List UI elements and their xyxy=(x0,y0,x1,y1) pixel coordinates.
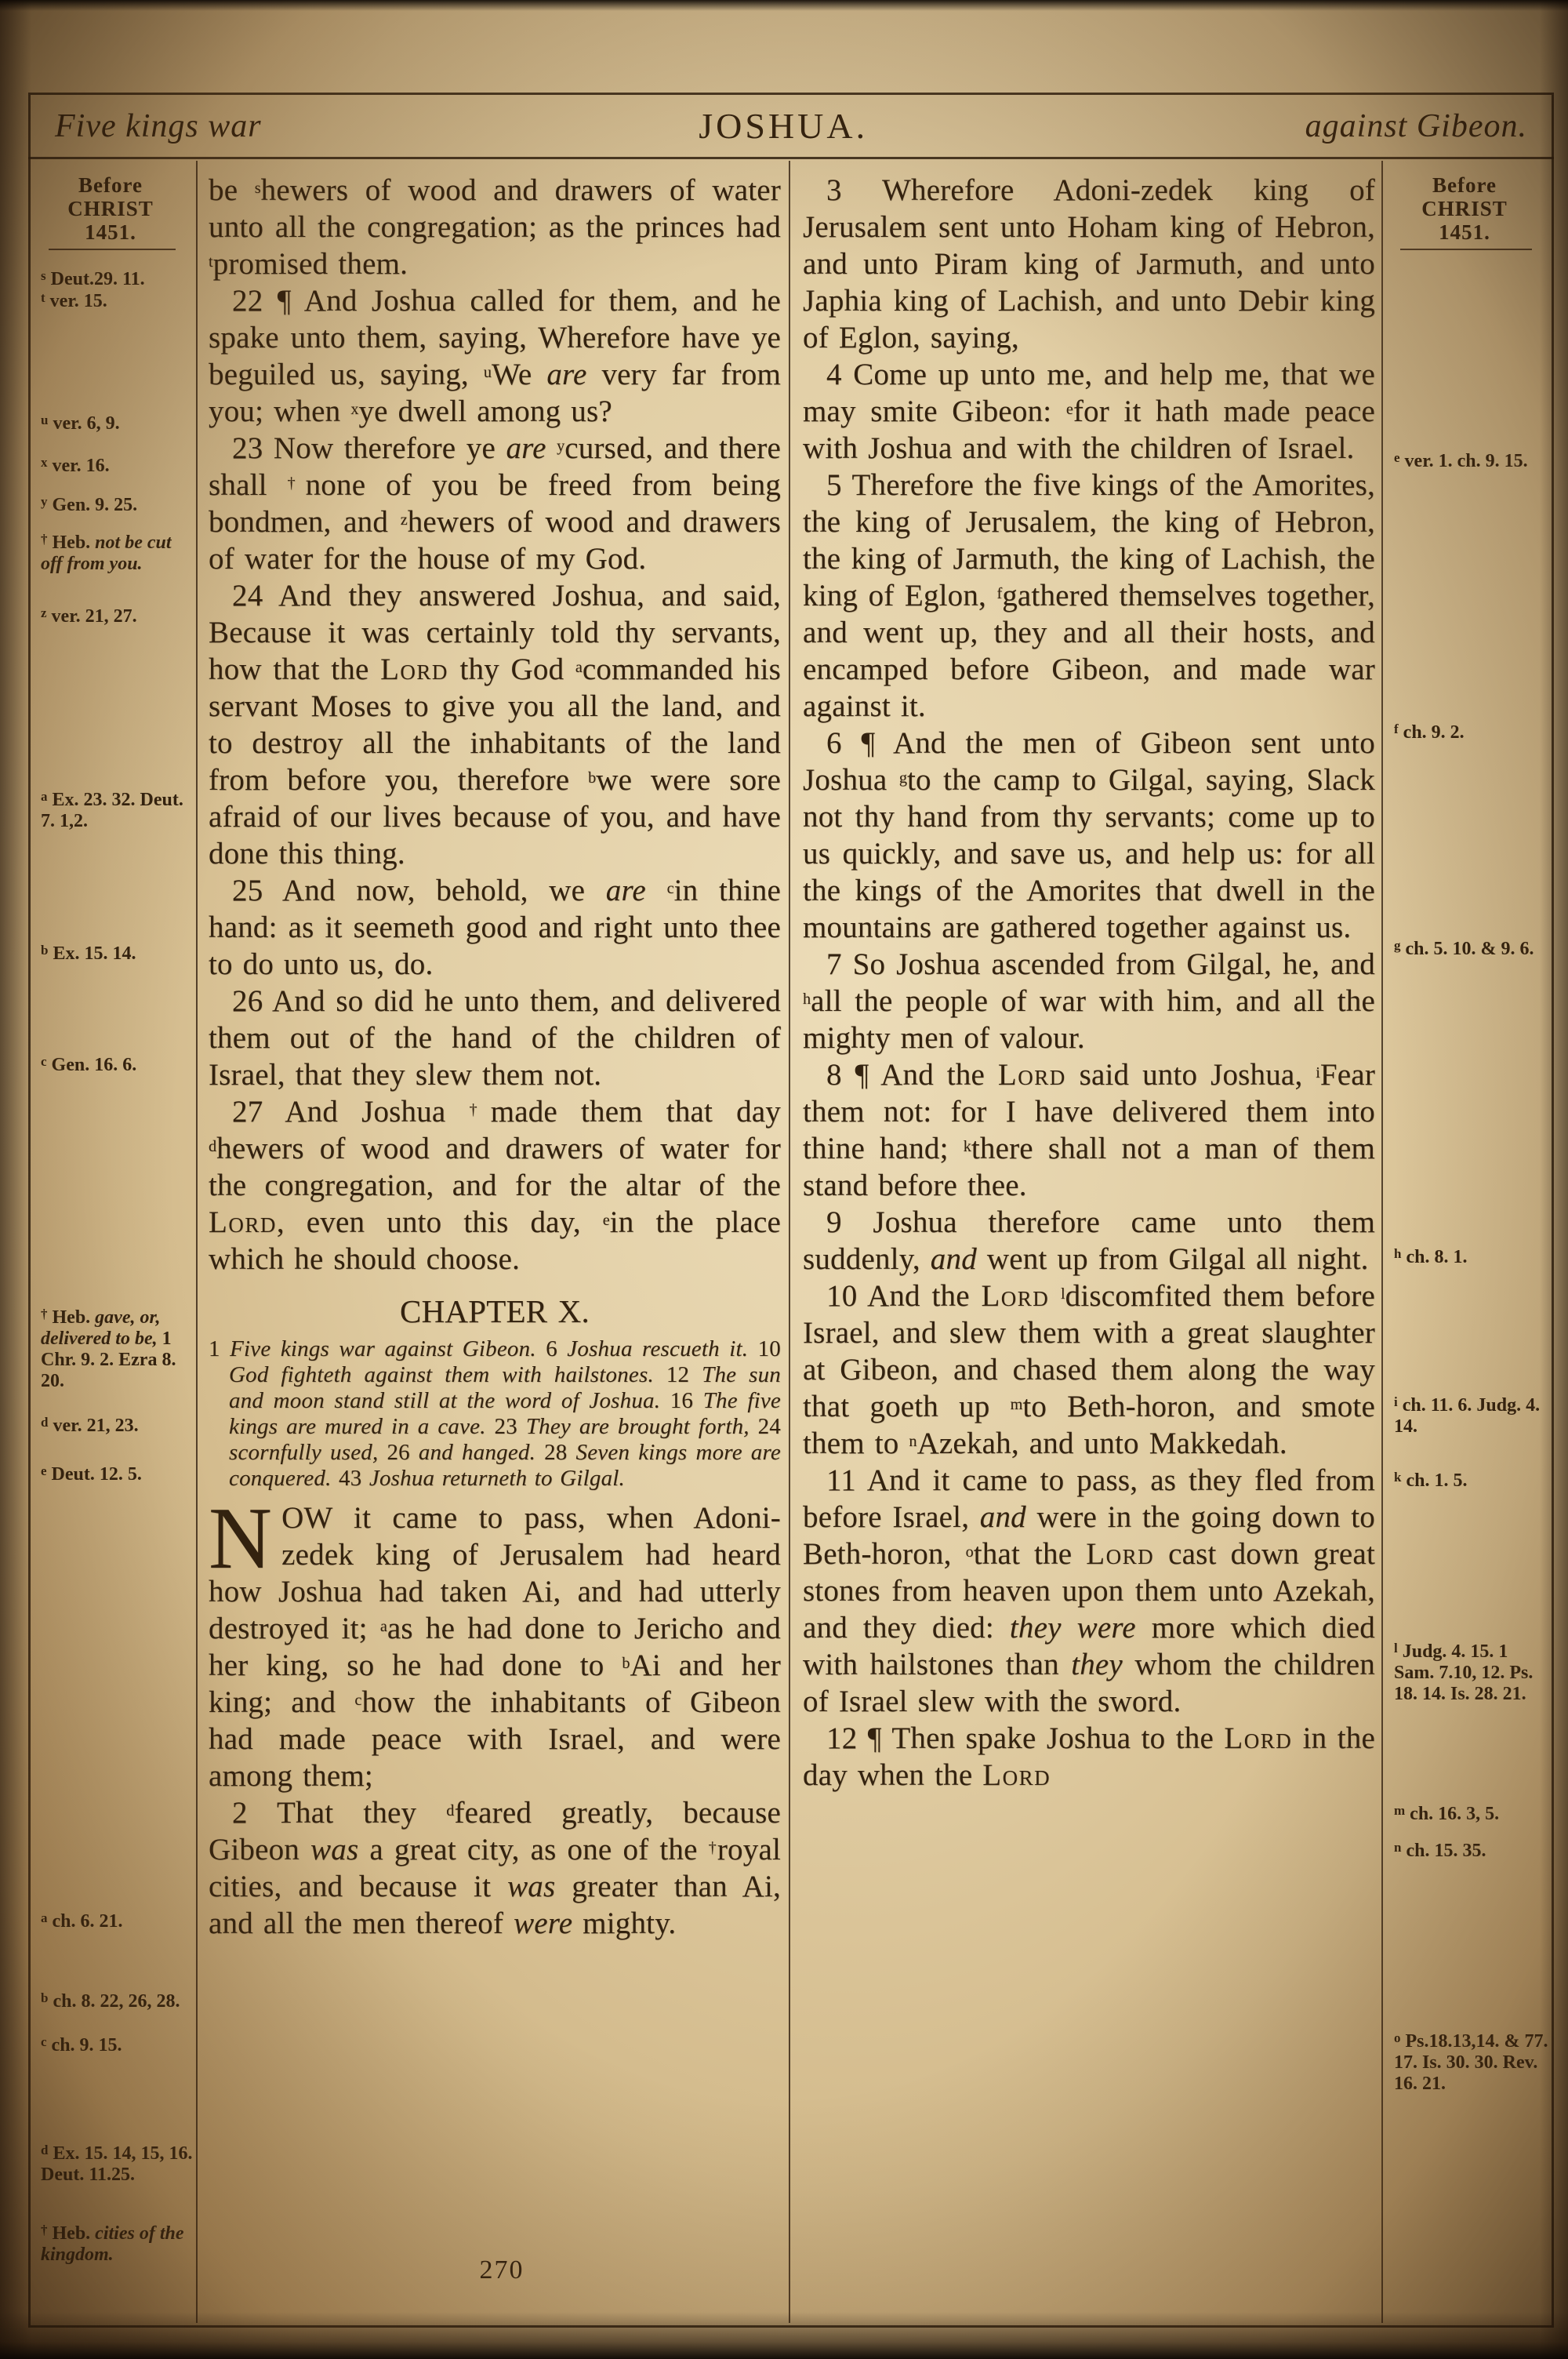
italic-text: Joshua returneth to Gilgal. xyxy=(369,1466,625,1491)
italic-text: are xyxy=(546,358,586,391)
cross-ref-marker: u xyxy=(41,413,48,427)
cross-ref-marker: d xyxy=(446,1802,454,1819)
verse-paragraph: 11 And it came to pass, as they fled fro… xyxy=(803,1462,1375,1720)
margin-note: m ch. 16. 3, 5. xyxy=(1394,1804,1549,1825)
verse-paragraph: 22 ¶ And Joshua called for them, and he … xyxy=(209,282,781,430)
cross-ref-marker: y xyxy=(41,494,48,509)
margin-note: c ch. 9. 15. xyxy=(41,2035,193,2056)
margin-note: d ver. 21, 23. xyxy=(41,1416,193,1437)
lord-small-caps: Lord xyxy=(380,652,448,686)
bc-line1: Before xyxy=(1432,173,1497,197)
lord-small-caps: Lord xyxy=(1086,1537,1154,1571)
italic-text: they xyxy=(1071,1648,1123,1681)
margin-note: e ver. 1. ch. 9. 15. xyxy=(1394,451,1549,472)
cross-ref-marker: d xyxy=(41,2143,48,2157)
cross-ref-marker: m xyxy=(1394,1803,1405,1818)
italic-text: They are brought forth, xyxy=(526,1414,758,1439)
lord-small-caps: Lord xyxy=(982,1758,1051,1792)
cross-ref-marker: s xyxy=(41,268,46,283)
cross-ref-marker: f xyxy=(1394,722,1399,736)
margin-note: a Ex. 23. 32. Deut. 7. 1,2. xyxy=(41,790,193,832)
summary-verse-number: 10 xyxy=(758,1336,781,1361)
lord-small-caps: Lord xyxy=(209,1205,277,1239)
verse-paragraph: 10 And the Lord ldiscomfited them before… xyxy=(803,1278,1375,1462)
lord-small-caps: Lord xyxy=(998,1058,1066,1092)
cross-ref-marker: h xyxy=(1394,1246,1401,1261)
italic-text: and xyxy=(980,1500,1026,1534)
margin-note: d Ex. 15. 14, 15, 16. Deut. 11.25. xyxy=(41,2143,193,2186)
verse-paragraph: NOW it came to pass, when Adoni-zedek ki… xyxy=(209,1499,781,1794)
page-number: 270 xyxy=(439,2255,564,2285)
cross-ref-marker: † xyxy=(709,1839,717,1856)
lord-small-caps: Lord xyxy=(981,1279,1049,1313)
italic-text: and hanged. xyxy=(419,1440,544,1465)
lord-small-caps: Lord xyxy=(1224,1721,1292,1755)
cross-ref-marker: e xyxy=(1066,401,1073,418)
margin-note: e Deut. 12. 5. xyxy=(41,1464,193,1485)
margin-note: h ch. 8. 1. xyxy=(1394,1247,1549,1268)
summary-verse-number: 26 xyxy=(387,1440,418,1465)
cross-ref-marker: b xyxy=(41,943,48,958)
cross-ref-marker: c xyxy=(354,1692,361,1709)
cross-ref-marker: i xyxy=(1316,1064,1320,1081)
cross-ref-marker: l xyxy=(1061,1285,1065,1303)
bc-line2: CHRIST xyxy=(67,197,154,220)
verse-paragraph: 24 And they answered Joshua, and said, B… xyxy=(209,577,781,872)
cross-ref-marker: c xyxy=(667,880,674,897)
verse-paragraph: 2 That they dfeared greatly, because Gib… xyxy=(209,1794,781,1942)
summary-verse-number: 1 xyxy=(209,1336,230,1361)
cross-ref-marker: a xyxy=(380,1618,387,1635)
cross-ref-marker: z xyxy=(401,511,408,529)
bc-header-rule xyxy=(1400,249,1532,250)
book-title: JOSHUA. xyxy=(699,105,868,147)
verse-paragraph: 12 ¶ Then spake Joshua to the Lord in th… xyxy=(803,1720,1375,1794)
italic-text: scornfully used, xyxy=(229,1440,387,1465)
cross-ref-marker: t xyxy=(41,290,45,305)
cross-ref-marker: y xyxy=(557,438,564,455)
margin-note: u ver. 6, 9. xyxy=(41,413,193,434)
margin-note: f ch. 9. 2. xyxy=(1394,722,1549,743)
summary-verse-number: 24 xyxy=(758,1414,781,1439)
summary-verse-number: 16 xyxy=(670,1388,703,1413)
margin-note: s Deut.29. 11. xyxy=(41,269,193,290)
bc-line2: CHRIST xyxy=(1421,197,1508,220)
summary-verse-number: 12 xyxy=(666,1362,702,1387)
margin-note: t ver. 15. xyxy=(41,291,193,312)
margin-note: k ch. 1. 5. xyxy=(1394,1470,1549,1492)
cross-ref-marker: a xyxy=(41,1910,48,1925)
cross-ref-marker: z xyxy=(41,605,47,620)
left-margin-column: Before CHRIST 1451. s Deut.29. 11.t ver.… xyxy=(31,161,196,2323)
margin-note: b ch. 8. 22, 26, 28. xyxy=(41,1991,193,2012)
running-header-left: Five kings war xyxy=(55,107,262,145)
cross-ref-marker: f xyxy=(996,585,1002,602)
cross-ref-marker: k xyxy=(964,1138,971,1155)
italic-text: are xyxy=(606,874,646,907)
italic-text: not be cut off from you. xyxy=(41,533,172,574)
verse-paragraph: 3 Wherefore Adoni-zedek king of Jerusale… xyxy=(803,172,1375,356)
cross-ref-marker: o xyxy=(1394,2030,1401,2045)
cross-ref-marker: c xyxy=(41,1054,47,1069)
verse-paragraph: be shewers of wood and drawers of water … xyxy=(209,172,781,282)
italic-text: was xyxy=(507,1870,555,1903)
cross-ref-marker: † xyxy=(288,474,306,492)
verse-paragraph: 9 Joshua therefore came unto them sudden… xyxy=(803,1204,1375,1278)
italic-text: were xyxy=(514,1906,572,1940)
verse-paragraph: 4 Come up unto me, and help me, that we … xyxy=(803,356,1375,467)
cross-ref-marker: a xyxy=(575,659,583,676)
italic-text: are xyxy=(506,431,546,465)
text-column-left: be shewers of wood and drawers of water … xyxy=(198,161,789,2323)
italic-text: God fighteth against them with hailstone… xyxy=(229,1362,666,1387)
bc-line1: Before xyxy=(78,173,143,197)
margin-note: n ch. 15. 35. xyxy=(1394,1841,1549,1862)
cross-ref-marker: e xyxy=(603,1212,610,1229)
cross-ref-marker: b xyxy=(622,1655,630,1672)
margin-note: y Gen. 9. 25. xyxy=(41,495,193,516)
cross-ref-marker: x xyxy=(41,455,48,470)
margin-note: † Heb. cities of the king­dom. xyxy=(41,2223,193,2266)
cross-ref-marker: b xyxy=(588,769,596,787)
chapter-heading: CHAPTER X. xyxy=(209,1293,781,1330)
cross-ref-marker: d xyxy=(41,1415,48,1430)
margin-note: x ver. 16. xyxy=(41,456,193,477)
margin-note: o Ps.18.13,14. & 77. 17. Is. 30. 30. Rev… xyxy=(1394,2031,1549,2095)
cross-ref-marker: x xyxy=(350,401,358,418)
verse-paragraph: 6 ¶ And the men of Gibeon sent unto Josh… xyxy=(803,725,1375,946)
cross-ref-marker: † xyxy=(469,1101,490,1118)
italic-text: cities of the king­dom. xyxy=(41,2223,183,2265)
cross-ref-marker: i xyxy=(1394,1394,1398,1409)
italic-text: they were xyxy=(1010,1611,1136,1645)
cross-ref-marker: m xyxy=(1011,1396,1023,1413)
verse-paragraph: 26 And so did he unto them, and delivere… xyxy=(209,983,781,1093)
italic-text: Joshua rescueth it. xyxy=(567,1336,757,1361)
cross-ref-marker: g xyxy=(899,769,907,787)
margin-note: l Judg. 4. 15. 1 Sam. 7.10, 12. Ps. 18. … xyxy=(1394,1641,1549,1705)
margin-note: i ch. 11. 6. Judg. 4. 14. xyxy=(1394,1395,1549,1438)
bc-header-rule xyxy=(49,249,176,250)
chapter-summary: 1 Five kings war against Gibeon. 6 Joshu… xyxy=(209,1336,781,1492)
cross-ref-marker: n xyxy=(909,1433,916,1450)
margin-note: b Ex. 15. 14. xyxy=(41,943,193,965)
cross-ref-marker: u xyxy=(484,364,492,381)
cross-ref-marker: e xyxy=(1394,450,1400,465)
bc-line3: 1451. xyxy=(85,220,136,244)
cross-ref-marker: c xyxy=(41,2034,47,2049)
before-christ-header: Before CHRIST 1451. xyxy=(1383,173,1546,244)
italic-text: Five kings war against Gibeon. xyxy=(230,1336,546,1361)
cross-ref-marker: l xyxy=(1394,1641,1398,1656)
margin-note: † Heb. gave, or, deliver­ed to be, 1 Chr… xyxy=(41,1307,193,1392)
cross-ref-marker: † xyxy=(41,2223,48,2237)
cross-ref-marker: † xyxy=(41,1307,48,1321)
text-column-right: 3 Wherefore Adoni-zedek king of Jerusale… xyxy=(790,161,1381,2323)
cross-ref-marker: h xyxy=(803,990,811,1008)
margin-note: z ver. 21, 27. xyxy=(41,606,193,627)
cross-ref-marker: † xyxy=(41,532,48,547)
summary-verse-number: 6 xyxy=(546,1336,567,1361)
verse-paragraph: 25 And now, behold, we are cin thine han… xyxy=(209,872,781,983)
italic-text: was xyxy=(310,1833,358,1866)
verse-paragraph: 27 And Joshua †made them that day dhewer… xyxy=(209,1093,781,1278)
cross-ref-marker: d xyxy=(209,1138,216,1155)
cross-ref-marker: b xyxy=(41,1990,48,2005)
cross-ref-marker: o xyxy=(966,1543,974,1561)
cross-ref-marker: a xyxy=(41,789,48,804)
italic-text: gave, or, deliver­ed to be, xyxy=(41,1307,161,1349)
running-header-right: against Gibeon. xyxy=(1305,107,1527,145)
before-christ-header: Before CHRIST 1451. xyxy=(31,173,190,244)
summary-verse-number: 23 xyxy=(495,1414,526,1439)
book-page-photo: Five kings war JOSHUA. against Gibeon. B… xyxy=(0,0,1568,2359)
header-rule xyxy=(28,157,1554,159)
cross-ref-marker: n xyxy=(1394,1840,1401,1855)
cross-ref-marker: e xyxy=(41,1463,47,1478)
cross-ref-marker: k xyxy=(1394,1470,1401,1485)
verse-paragraph: 8 ¶ And the Lord said unto Joshua, iFear… xyxy=(803,1056,1375,1204)
right-margin-column: Before CHRIST 1451. e ver. 1. ch. 9. 15.… xyxy=(1383,161,1552,2323)
margin-note: g ch. 5. 10. & 9. 6. xyxy=(1394,939,1549,960)
running-header: Five kings war JOSHUA. against Gibeon. xyxy=(28,95,1554,157)
cross-ref-marker: t xyxy=(209,253,213,271)
verse-paragraph: 23 Now therefore ye are ycursed, and the… xyxy=(209,430,781,577)
cross-ref-marker: g xyxy=(1394,938,1401,953)
verse-paragraph: 5 Therefore the five kings of the Amorit… xyxy=(803,467,1375,725)
margin-note: a ch. 6. 21. xyxy=(41,1911,193,1932)
cross-ref-marker: s xyxy=(255,180,261,197)
summary-verse-number: 28 xyxy=(544,1440,575,1465)
drop-cap: N xyxy=(209,1499,281,1573)
margin-note: c Gen. 16. 6. xyxy=(41,1055,193,1076)
bc-line3: 1451. xyxy=(1439,220,1490,244)
italic-text: and xyxy=(931,1242,977,1276)
verse-paragraph: 7 So Joshua ascended from Gilgal, he, an… xyxy=(803,946,1375,1056)
summary-verse-number: 43 xyxy=(339,1466,369,1491)
margin-note: † Heb. not be cut off from you. xyxy=(41,533,193,575)
